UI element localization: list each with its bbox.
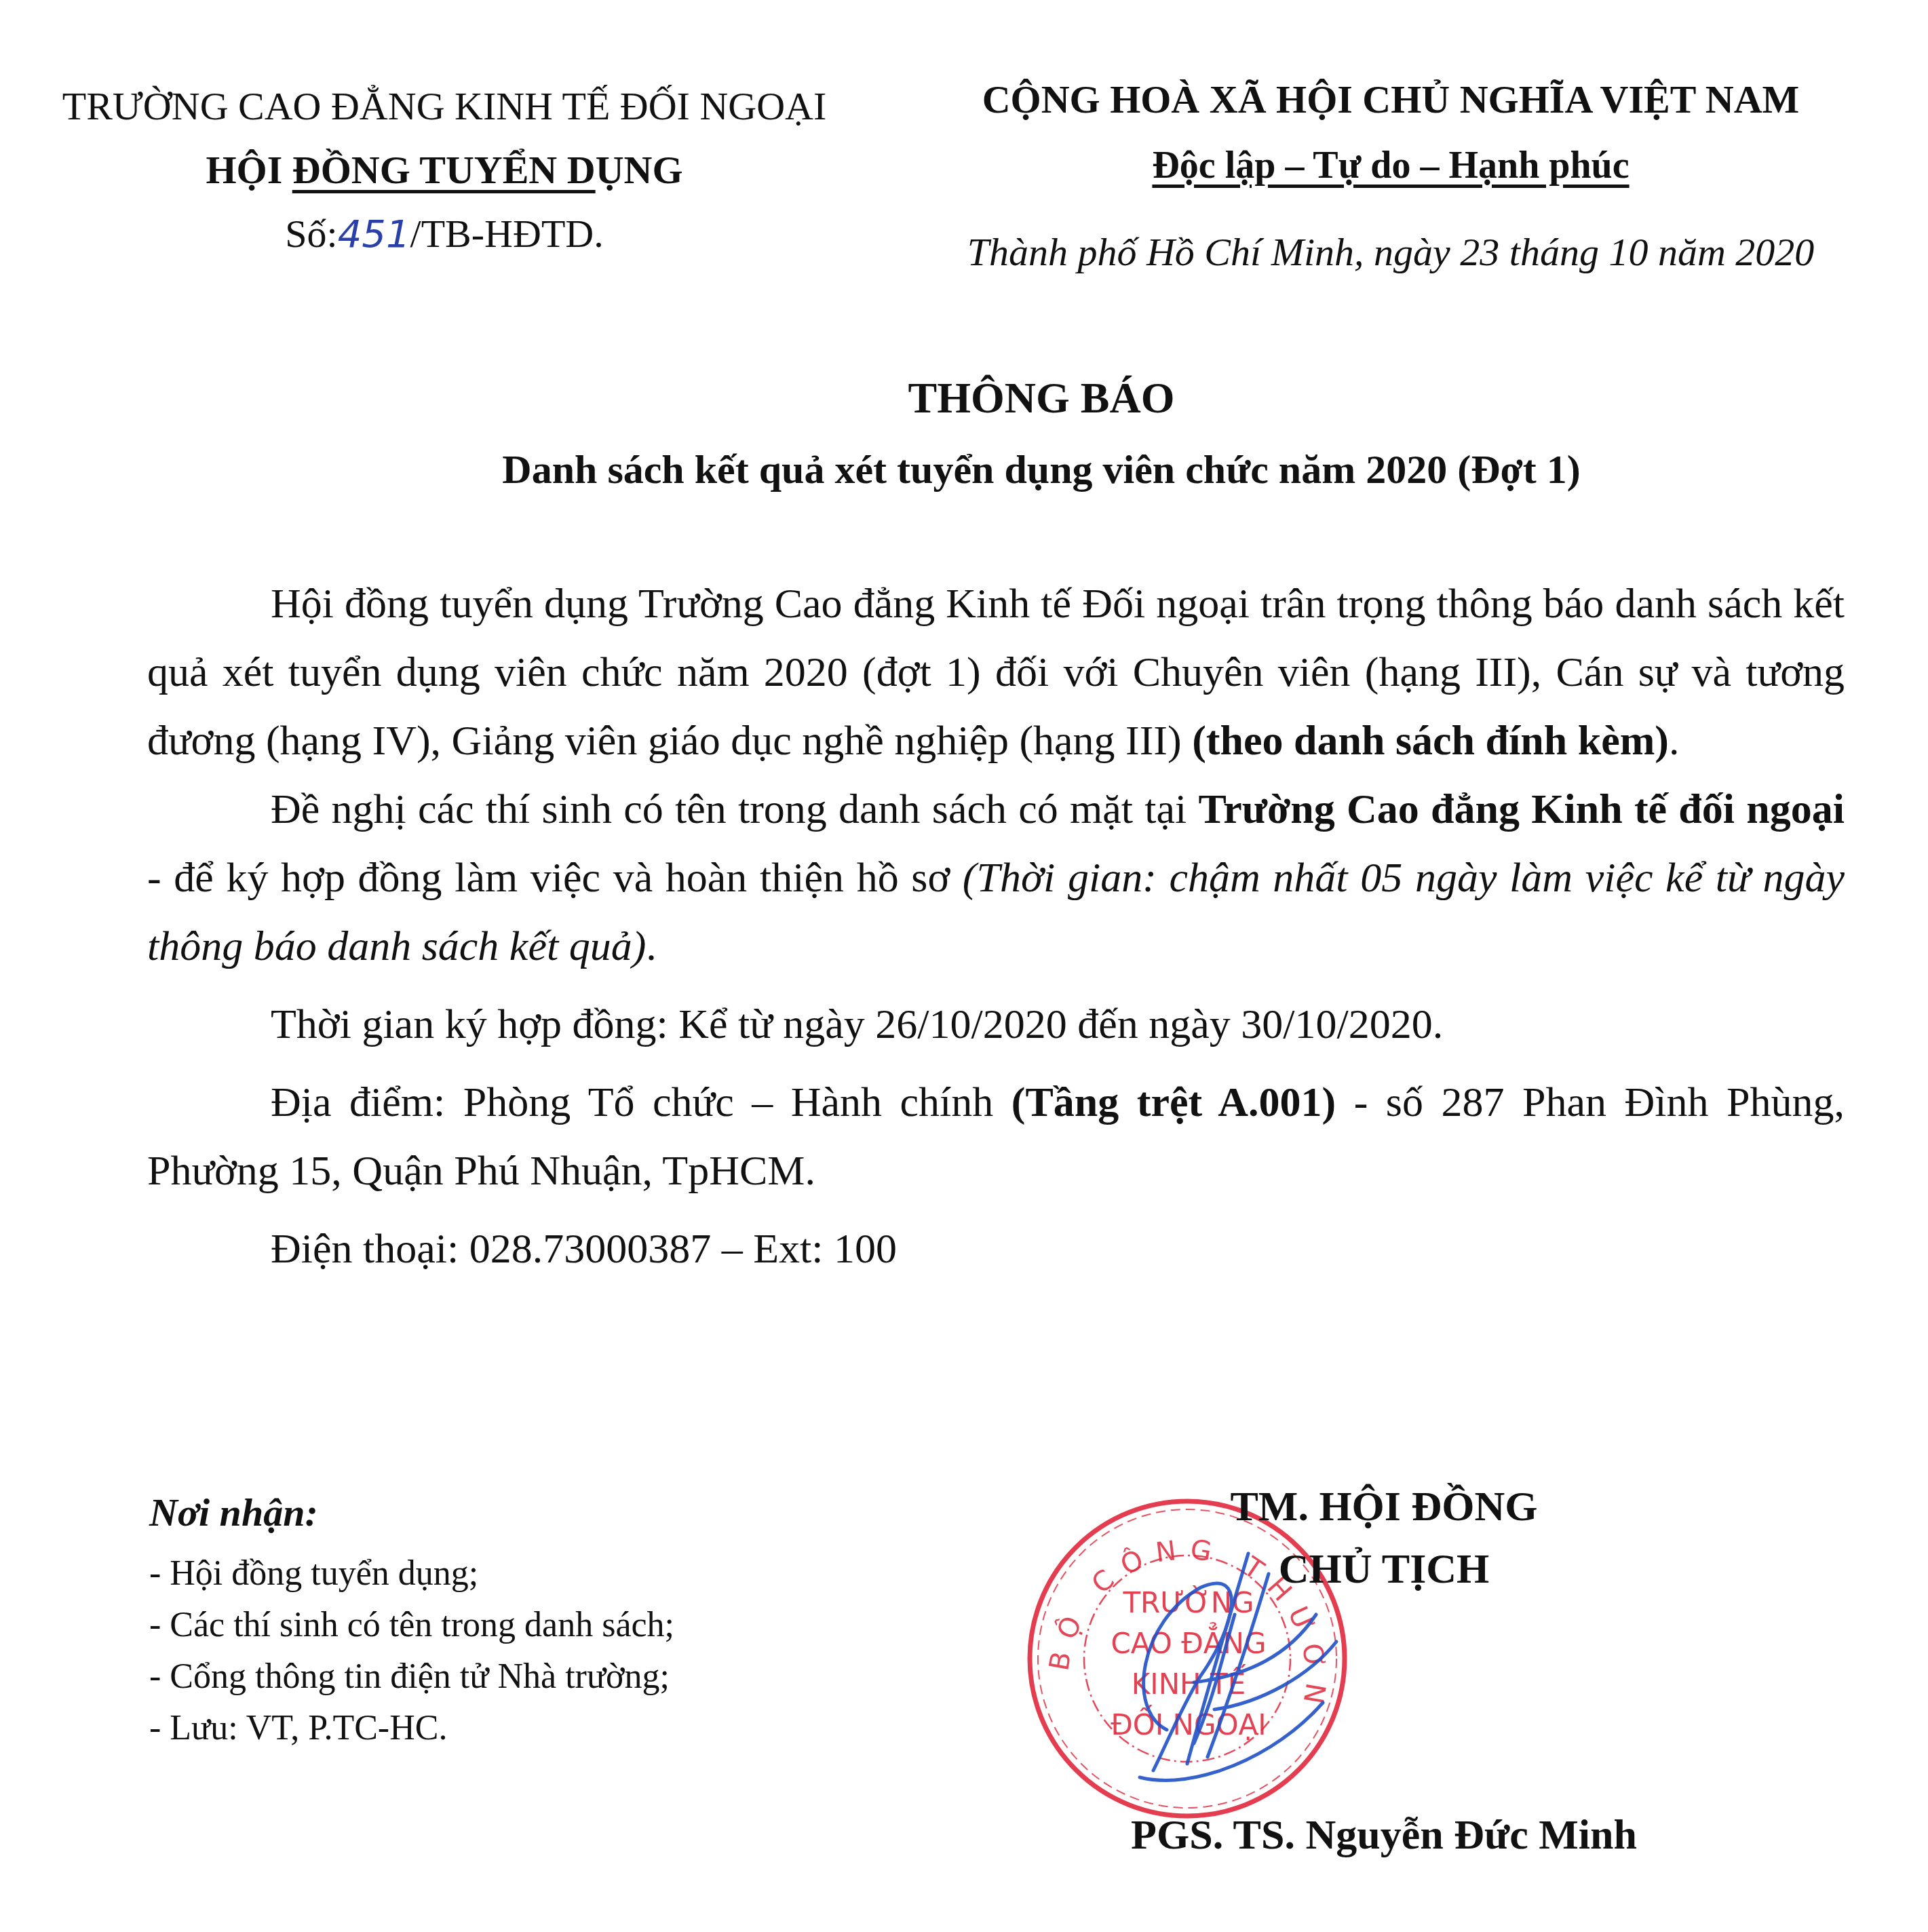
p4-bold: (Tầng trệt A.001)	[1011, 1079, 1336, 1125]
recipient-item: - Cổng thông tin điện tử Nhà trường;	[149, 1651, 674, 1703]
p4-text: Địa điểm: Phòng Tổ chức – Hành chính	[271, 1079, 1011, 1125]
recipients-block: Nơi nhận: - Hội đồng tuyển dụng; - Các t…	[149, 1487, 674, 1754]
paragraph-request: Đề nghị các thí sinh có tên trong danh s…	[147, 775, 1845, 981]
national-title: CỘNG HOÀ XÃ HỘI CHỦ NGHĨA VIỆT NAM	[909, 80, 1872, 119]
motto-text: Độc lập – Tự do – Hạnh phúc	[1152, 144, 1629, 187]
paragraph-location: Địa điểm: Phòng Tổ chức – Hành chính (Tầ…	[147, 1068, 1845, 1205]
document-number: Số:451/TB-HĐTD.	[20, 214, 868, 254]
recipient-item: - Hội đồng tuyển dụng;	[149, 1548, 674, 1600]
paragraph-announcement: Hội đồng tuyển dụng Trường Cao đẳng Kinh…	[147, 570, 1845, 775]
organization-name: TRƯỜNG CAO ĐẲNG KINH TẾ ĐỐI NGOẠI	[20, 87, 868, 126]
national-motto: Độc lập – Tự do – Hạnh phúc	[909, 144, 1872, 187]
council-suffix: ỤNG	[596, 148, 683, 192]
paragraph-contract-time: Thời gian ký hợp đồng: Kể từ ngày 26/10/…	[147, 990, 1845, 1059]
doc-number-label: Số:	[285, 212, 337, 256]
document-body: Hội đồng tuyển dụng Trường Cao đẳng Kinh…	[147, 570, 1845, 1283]
recipients-heading: Nơi nhận:	[149, 1487, 674, 1539]
p1-end: .	[1669, 718, 1680, 764]
signature-on-behalf: TM. HỘI ĐỒNG	[1167, 1483, 1601, 1531]
council-prefix: HỘI	[206, 148, 292, 192]
signatory-name: PGS. TS. Nguyễn Đức Minh	[1099, 1811, 1669, 1859]
p2-mid: - để ký hợp đồng làm việc và hoàn thiện …	[147, 855, 963, 901]
document-title: THÔNG BÁO	[0, 373, 1928, 423]
p1-bold: (theo danh sách đính kèm)	[1192, 718, 1669, 764]
council-underlined: ĐỒNG TUYỂN D	[292, 148, 596, 192]
doc-number-suffix: /TB-HĐTD.	[410, 212, 604, 256]
recipient-item: - Các thí sinh có tên trong danh sách;	[149, 1600, 674, 1651]
p2-text: Đề nghị các thí sinh có tên trong danh s…	[271, 786, 1198, 832]
handwritten-signature	[1113, 1540, 1397, 1798]
place-date: Thành phố Hồ Chí Minh, ngày 23 tháng 10 …	[909, 229, 1872, 275]
recipient-item: - Lưu: VT, P.TC-HC.	[149, 1703, 674, 1754]
document-subtitle: Danh sách kết quả xét tuyển dụng viên ch…	[0, 446, 1928, 493]
p2-end: .	[646, 923, 657, 969]
doc-number-handwritten: 451	[338, 212, 410, 256]
p2-bold: Trường Cao đẳng Kinh tế đối ngoại	[1198, 786, 1845, 832]
council-name: HỘI ĐỒNG TUYỂN DỤNG	[20, 151, 868, 190]
paragraph-phone: Điện thoại: 028.73000387 – Ext: 100	[147, 1215, 1845, 1283]
